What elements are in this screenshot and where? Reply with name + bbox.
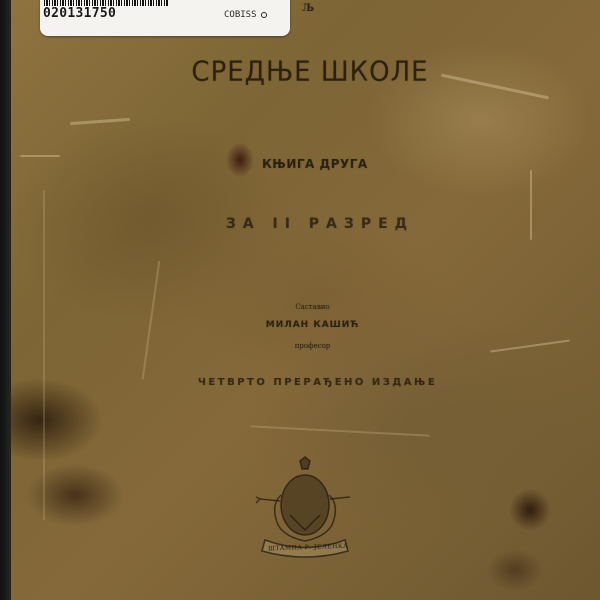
library-barcode-label: 020131750 COBISS [40, 0, 290, 36]
book-spine [0, 0, 11, 600]
book-cover-scan: 020131750 COBISS Љ СРЕДЊЕ ШКОЛЕ КЊИГА ДР… [0, 0, 600, 600]
book-part: КЊИГА ДРУГА [262, 157, 368, 171]
paper-crack [43, 190, 45, 520]
compiled-by-label: Саставио [0, 303, 600, 311]
author-title: професор [0, 342, 600, 350]
author-name: МИЛАН КАШИЋ [0, 320, 600, 330]
catalog-system-tag: COBISS [224, 10, 267, 20]
top-mark: Љ [302, 3, 314, 14]
cover-title: СРЕДЊЕ ШКОЛЕ [0, 56, 600, 88]
paper-crack [250, 425, 430, 436]
edition-line: ЧЕТВРТО ПРЕРАЂЕНО ИЗДАЊЕ [0, 377, 600, 388]
circle-registered-icon [261, 12, 267, 18]
barcode-number: 020131750 [43, 6, 116, 21]
grade-line: ЗА II РАЗРЕД [0, 216, 600, 232]
paper-crack [20, 155, 60, 157]
paper-crack [70, 118, 130, 125]
catalog-system-name: COBISS [224, 10, 257, 20]
